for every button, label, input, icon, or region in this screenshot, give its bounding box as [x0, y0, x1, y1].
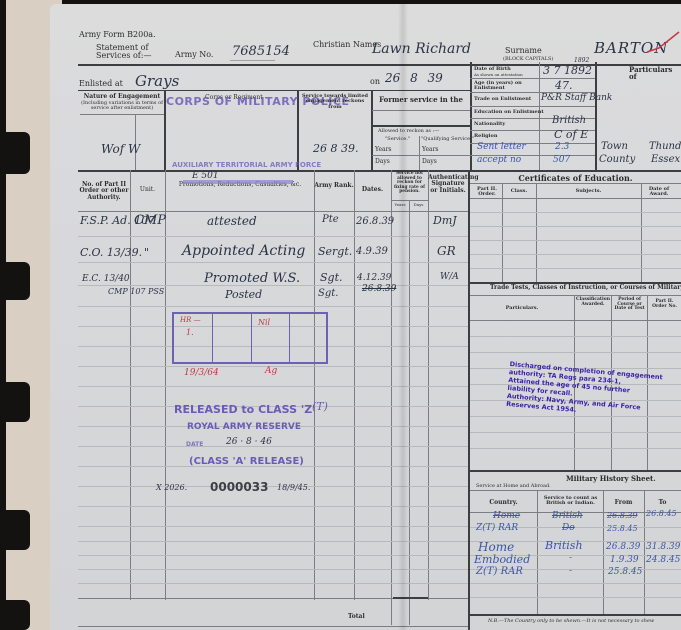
row-initials: GR: [437, 244, 456, 258]
dob-sub-label: As shown on attestation: [474, 73, 523, 77]
trade-col-particulars: Particulars.: [470, 306, 574, 311]
history-col-service: Service to count as British or Indian.: [538, 496, 603, 507]
services-header-bottom: [78, 211, 468, 212]
education-title: Certificates of Education.: [470, 174, 681, 182]
personal-col-divider: [595, 62, 597, 170]
statement-label: Statement of Services of:—: [96, 44, 156, 61]
nature-divider: [80, 114, 164, 115]
christian-names-label-text: Christian Names: [313, 41, 381, 49]
history-top: [470, 470, 681, 472]
row-date: 4.12.39: [357, 273, 391, 283]
history-col-divider: [603, 490, 604, 614]
years-label: Years: [422, 147, 439, 153]
row-event: Posted: [225, 288, 262, 301]
row-event: attested: [207, 214, 257, 228]
enlisted-at-label: Enlisted at: [79, 80, 123, 88]
personal-row-divider: [470, 106, 595, 107]
row-rank: Sgt.: [320, 271, 343, 284]
history-from: 26.8.39: [606, 542, 640, 552]
row-event: Appointed Acting: [182, 243, 305, 259]
row-date: 26.8.39: [356, 216, 394, 227]
history-col-country: Country.: [470, 500, 537, 506]
religion-label: Religion: [474, 134, 498, 139]
binder-notch: [0, 262, 30, 300]
years-label: Years: [375, 147, 392, 153]
edu-col-date: Date of Award.: [641, 187, 677, 198]
history-service: -: [569, 566, 572, 576]
history-to: 26.8.45: [646, 509, 677, 518]
allowed-label: Allowed to reckon as :—: [378, 129, 439, 134]
row-rank: Sgt.: [318, 288, 338, 299]
ruled-line: [470, 336, 681, 337]
town-label: Town: [601, 141, 628, 152]
row-event: Promoted W.S.: [204, 271, 300, 286]
service-limited-value: 26 8 39.: [313, 142, 358, 155]
release-serial-prefix: X 2026.: [156, 483, 187, 492]
extra1-value: 2.3: [555, 142, 569, 152]
days-label: Days: [375, 159, 390, 165]
release-date-label: DATE: [186, 441, 203, 448]
extra1-label: Sent letter: [477, 142, 526, 152]
total-label: Total: [348, 614, 365, 620]
history-subtitle: Service at Home and Abroad.: [476, 484, 551, 489]
trade-header-top: [470, 295, 681, 296]
ruled-line: [78, 583, 468, 584]
town-value: Thunder: [649, 141, 681, 152]
subcol-days: Days: [409, 203, 428, 207]
qualifying-col-label: "Qualifying Service.": [421, 137, 474, 142]
row-date: 26.8.39: [362, 284, 396, 294]
extra2-label: accept no: [477, 155, 521, 165]
enlisted-at-value: Grays: [135, 72, 179, 90]
row-authority: E.C. 13/40: [82, 274, 130, 284]
release-annotation: (T): [312, 400, 328, 413]
subcol-divider: [391, 200, 428, 201]
services-col-divider: [165, 170, 166, 600]
trade-header-bottom: [470, 320, 681, 321]
col-dates: Dates.: [354, 187, 391, 193]
ruled-line: [470, 352, 681, 353]
section-divider: [78, 170, 681, 172]
release-line4: (CLASS 'A' RELEASE): [189, 456, 304, 467]
row-initials: DmJ: [433, 214, 457, 227]
dob-note: 1892: [574, 57, 589, 64]
history-from: 25.8.45: [607, 524, 638, 533]
education-label: Education on Enlistment: [474, 110, 544, 115]
release-line1: RELEASED to CLASS 'Z': [174, 403, 316, 416]
history-bottom: [470, 614, 681, 616]
former-service-label: Former service in the: [372, 96, 470, 103]
release-serial: 0000033: [210, 480, 268, 494]
ruled-line: [470, 212, 681, 213]
services-col-divider: [314, 170, 315, 600]
row-initials: W/A: [440, 272, 459, 282]
col-authenticating: Authenticating Signature or Initials.: [428, 175, 468, 194]
red-note-right: Ag: [265, 366, 277, 376]
history-service: -: [569, 553, 572, 563]
nationality-label: Nationality: [474, 122, 505, 127]
former-divider: [372, 155, 470, 156]
ruled-line: [78, 506, 468, 507]
services-col-divider: [391, 170, 392, 625]
services-col-divider: [409, 200, 410, 625]
binder-notch: [0, 510, 30, 550]
history-from: 1.9.39: [610, 555, 639, 565]
row-rank: Pte: [322, 214, 339, 225]
row-rank: Sergt.: [318, 245, 352, 258]
row-authority: C.O. 13/39.: [80, 246, 142, 259]
hr-cell3: Nil: [258, 318, 270, 327]
county-label: County: [599, 154, 635, 165]
ruled-line: [470, 254, 681, 255]
former-col-divider: [419, 136, 420, 170]
red-note-left: 19/3/64: [184, 368, 219, 378]
service-limited-label: Service towards limited engagement recko…: [299, 94, 371, 110]
enlisted-on-label: on: [370, 78, 380, 86]
history-country: Z(T) RAR: [476, 523, 518, 533]
ruled-line: [78, 306, 468, 307]
hr-cell1-bottom: 1.: [186, 328, 194, 337]
trade-tests-title: Trade Tests, Classes of Instruction, or …: [490, 285, 681, 291]
col-rank: Army Rank.: [314, 183, 354, 189]
hr-box-divider: [212, 314, 213, 362]
education-header-bottom: [470, 198, 681, 199]
services-col-divider: [428, 170, 429, 600]
former-divider: [372, 125, 470, 127]
ruled-line: [78, 386, 468, 387]
county-value: Essex: [651, 154, 680, 165]
trade-col-classification: Classification Awarded.: [575, 298, 611, 307]
personal-row-divider: [470, 78, 595, 79]
release-serial-date: 18/9/45.: [277, 483, 310, 492]
history-country: Home: [493, 511, 520, 521]
army-no-label: Army No.: [175, 51, 213, 59]
history-to: 31.8.39: [646, 542, 680, 552]
history-to: 24.8.45: [646, 555, 680, 565]
ruled-line: [470, 597, 681, 598]
release-date: 26 · 8 · 46: [226, 437, 272, 447]
history-service: British: [552, 511, 583, 521]
highlight-bar: [183, 180, 293, 184]
ruled-line: [78, 569, 468, 570]
document-scan: Army Form B200a. Statement of Services o…: [0, 0, 681, 630]
nature-sub-label: (Including variations in terms of servic…: [80, 101, 164, 112]
ruled-line: [78, 486, 468, 487]
binder-notch: [0, 132, 30, 174]
ruled-line: [78, 236, 468, 237]
history-header-top: [470, 490, 681, 491]
ruled-line: [78, 526, 468, 527]
surname-label: Surname: [505, 47, 542, 55]
ruled-line: [470, 240, 681, 241]
ruled-line: [470, 268, 681, 269]
history-service: Do: [562, 523, 575, 533]
history-country: Z(T) RAR: [476, 566, 523, 577]
history-from: 26.8.39: [607, 511, 638, 520]
trade-col-period: Period of Course or Date of Test: [612, 298, 647, 312]
form-title: Army Form B200a.: [79, 31, 156, 39]
days-label: Days: [422, 159, 437, 165]
hr-cell1-top: HR —: [180, 316, 201, 324]
age-label: Age (in years) on Enlistment: [474, 81, 538, 92]
army-no-value: 7685154: [232, 44, 290, 59]
history-col-divider: [644, 490, 645, 614]
trade-col-part2: Part II. Order No.: [648, 300, 681, 309]
edu-col-class: Class.: [502, 189, 536, 194]
row-unit: CMP 107 PSS: [108, 287, 164, 296]
history-title: Military History Sheet.: [566, 475, 656, 482]
hr-box-divider: [251, 314, 252, 362]
red-check-mark-icon: [645, 30, 681, 56]
hr-box-divider: [289, 314, 290, 362]
religion-value: C of E: [554, 128, 588, 141]
services-col-divider: [354, 170, 355, 600]
history-col-from: From: [603, 500, 644, 506]
history-from: 25.8.45: [608, 567, 642, 577]
particulars-label: Particulars of: [629, 66, 681, 81]
ruled-line: [470, 226, 681, 227]
ruled-line: [78, 541, 468, 542]
dob-value: 3 7 1892: [543, 64, 592, 77]
binder-notch: [0, 382, 30, 422]
ruled-line: [78, 262, 468, 263]
army-no-underline: [230, 60, 275, 61]
former-divider: [372, 110, 470, 111]
history-country: Embodied: [474, 553, 530, 566]
corps-stamp-bottom: AUXILIARY TERRITORIAL ARMY FORCE: [172, 161, 321, 169]
page-fold: [398, 4, 408, 630]
services-col-divider: [130, 170, 131, 600]
row-date: 4.9.39: [356, 246, 388, 257]
row-unit: CMP: [134, 213, 166, 228]
history-country: Home: [478, 540, 514, 554]
row-unit: ": [144, 246, 149, 259]
col-unit: Unit.: [130, 187, 165, 193]
nature-value: Wof W: [101, 142, 140, 156]
edu-col-subjects: Subjects.: [536, 189, 641, 194]
history-col-to: To: [644, 500, 681, 506]
edu-col-part2: Part II. Order.: [472, 187, 502, 198]
binder-notch: [0, 600, 30, 630]
trade-value: P&R Staff Bank: [541, 93, 612, 103]
christian-names-value: Lawn Richard: [372, 41, 471, 57]
enlisted-divider: [78, 90, 470, 91]
ruled-line: [470, 583, 681, 584]
nationality-value: British: [552, 115, 586, 126]
surname-hint: (BLOCK CAPITALS): [503, 57, 553, 62]
ruled-line: [78, 446, 468, 447]
enlisted-on-value: 26 8 39: [385, 71, 443, 85]
total-bottom: [78, 626, 468, 627]
release-line2: ROYAL ARMY RESERVE: [187, 422, 301, 432]
col-service-not-allowed: Service not allowed to reckon for fixing…: [391, 172, 428, 195]
col-authority: No. of Part II Order or other Authority.: [78, 182, 130, 201]
history-footnote: N.B.—The Country only to be shewn.—It is…: [488, 619, 654, 624]
trade-label: Trade on Enlistment: [474, 97, 531, 102]
history-col-divider: [537, 490, 538, 614]
ruled-line: [470, 432, 681, 433]
history-service: British: [545, 539, 583, 552]
ruled-line: [470, 448, 681, 449]
extra2-value: 507: [553, 155, 570, 165]
ruled-line: [78, 555, 468, 556]
age-value: 47.: [555, 79, 573, 92]
